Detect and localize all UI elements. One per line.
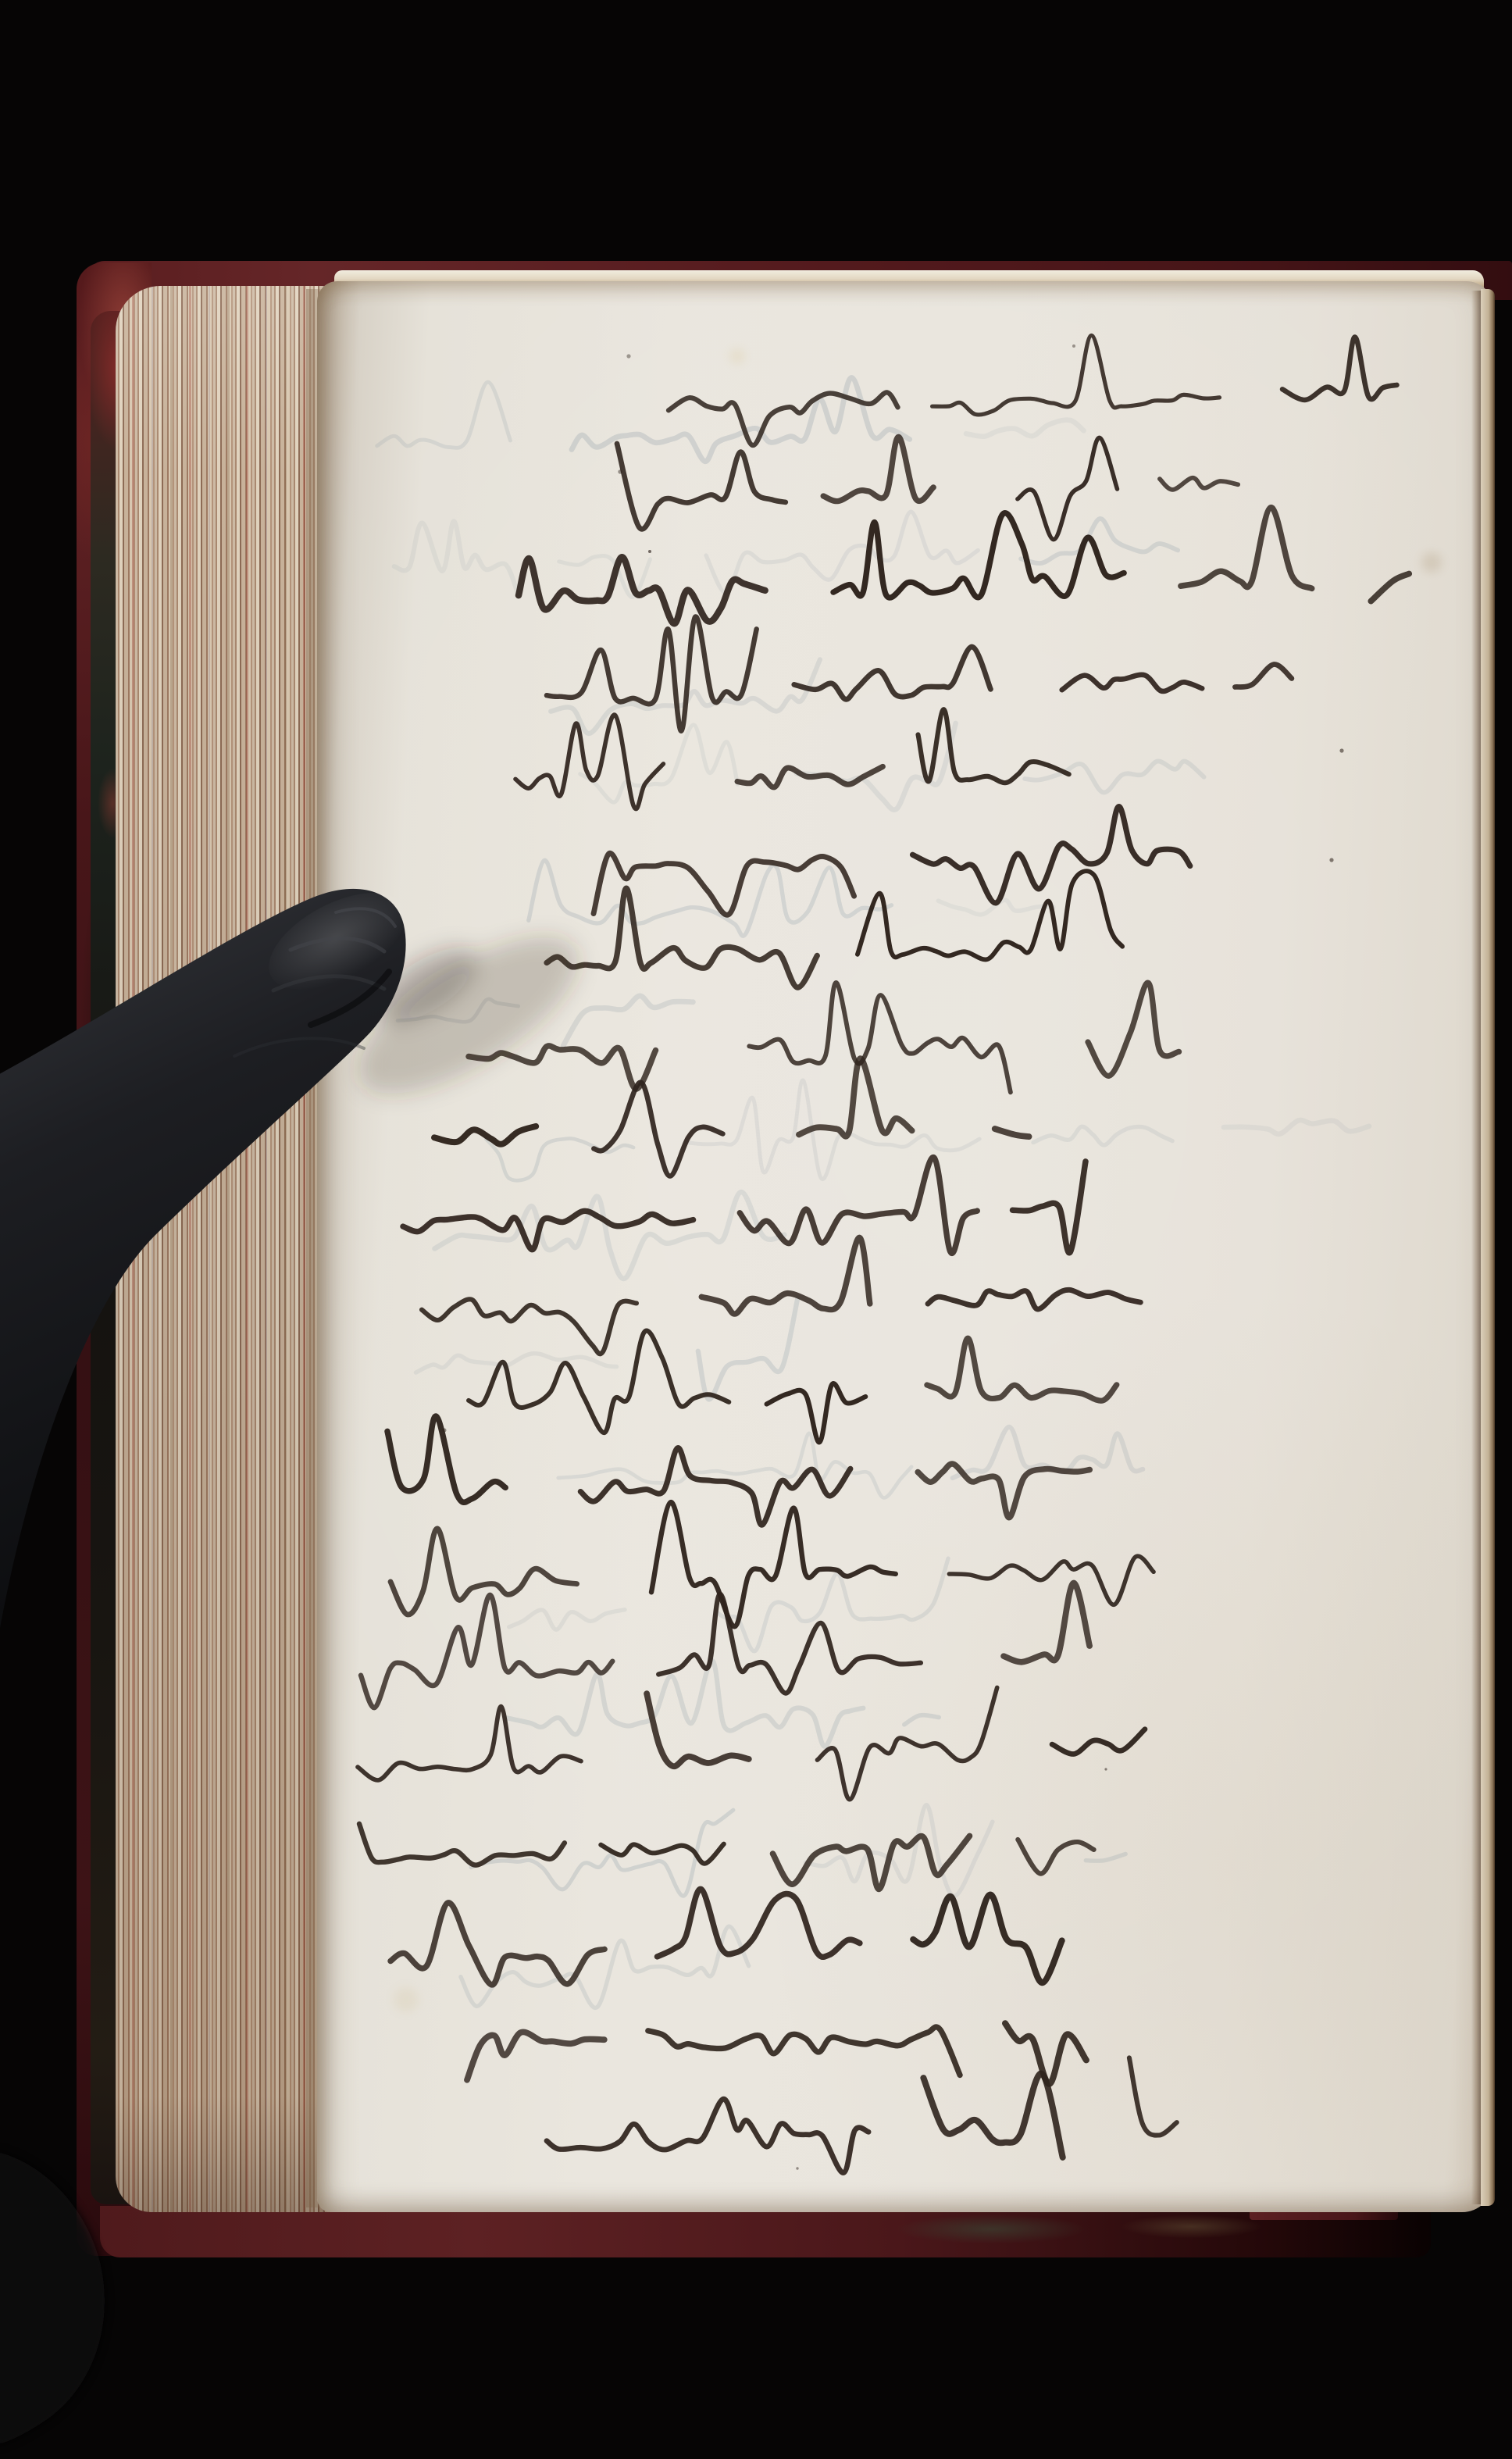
- handwriting-stroke: [923, 2074, 1062, 2157]
- gloved-thumb-shadow-shape: [0, 2151, 105, 2445]
- handwriting-stroke: [698, 1299, 797, 1399]
- handwriting-lines: [358, 335, 1409, 2172]
- handwriting-stroke: [858, 871, 1122, 959]
- handwriting-stroke: [359, 1824, 565, 1865]
- ink-speck: [1339, 748, 1343, 752]
- handwriting-stroke: [422, 1299, 637, 1354]
- handwriting-stroke: [387, 1416, 505, 1502]
- gloved-finger: [0, 873, 421, 1654]
- handwriting-stroke: [1088, 983, 1179, 1076]
- handwriting-stroke: [928, 1290, 1140, 1309]
- handwriting-stroke: [794, 647, 991, 699]
- handwriting-stroke: [519, 557, 765, 623]
- handwriting-stroke: [651, 1502, 896, 1626]
- handwriting-stroke: [933, 335, 1220, 414]
- handwriting-stroke: [1181, 508, 1312, 589]
- handwriting-stroke: [823, 437, 933, 501]
- handwriting-stroke: [467, 2032, 604, 2079]
- handwriting-stroke: [1224, 1120, 1369, 1134]
- handwriting-stroke: [1235, 665, 1292, 687]
- handwriting-stroke: [1018, 437, 1118, 539]
- handwriting-stroke: [580, 725, 738, 802]
- handwriting-stroke: [594, 1083, 722, 1176]
- photo-background: { "meta": { "description": "Photograph o…: [0, 0, 1512, 2459]
- handwriting-stroke: [358, 1707, 581, 1780]
- handwriting-stroke: [737, 766, 883, 787]
- handwriting-stroke: [509, 1610, 625, 1630]
- handwriting-stroke: [767, 1383, 866, 1442]
- ink-speck: [796, 2167, 798, 2169]
- handwriting-stroke: [435, 1192, 785, 1279]
- handwriting-stroke: [434, 1126, 536, 1144]
- handwriting-stroke: [547, 2099, 868, 2172]
- ink-speck: [1072, 344, 1075, 348]
- ink-speck: [1329, 858, 1333, 862]
- handwriting-stroke: [1033, 1126, 1172, 1145]
- diary-photo: Photograph of an antique diary held open…: [0, 0, 1512, 2459]
- handwriting-stroke: [749, 983, 1011, 1092]
- handwriting-stroke: [706, 512, 978, 593]
- handwriting-stroke: [461, 1926, 749, 2008]
- paper-stain: [394, 1987, 419, 2012]
- handwriting-stroke: [927, 1338, 1117, 1401]
- handwriting-stroke: [913, 807, 1190, 903]
- ink-speck: [626, 354, 630, 358]
- handwriting-stroke: [580, 1448, 850, 1526]
- ink-speck: [1104, 1768, 1107, 1770]
- bleedthrough-strokes: [377, 377, 1369, 2008]
- handwriting-stroke: [469, 1331, 729, 1433]
- ink-speck: [648, 550, 651, 553]
- handwriting-stroke: [394, 521, 518, 593]
- handwriting-stroke: [833, 513, 1124, 598]
- handwriting-stroke: [1013, 1162, 1086, 1253]
- handwriting-stroke: [805, 1805, 993, 1896]
- handwriting-stroke: [658, 1594, 921, 1693]
- paper-stain: [1421, 552, 1442, 573]
- handwriting-stroke: [949, 1556, 1154, 1604]
- handwriting-stroke: [515, 715, 663, 808]
- handwriting-stroke: [701, 1237, 870, 1314]
- handwriting-stroke: [918, 1464, 1089, 1518]
- handwriting-stroke: [1062, 675, 1203, 691]
- handwriting-stroke: [390, 1529, 577, 1615]
- handwriting-stroke: [966, 420, 1084, 437]
- handwriting-stroke: [1129, 2057, 1177, 2135]
- handwriting-stroke: [1160, 478, 1238, 490]
- handwriting-stroke: [377, 382, 511, 448]
- handwriting-stroke: [904, 1715, 939, 1725]
- ink-specks: [443, 344, 1344, 2170]
- handwriting-stroke: [1018, 1840, 1093, 1874]
- paper-stain: [729, 348, 745, 364]
- ink-speck: [618, 469, 622, 473]
- handwriting-stroke: [1282, 337, 1397, 400]
- ink-speck: [443, 1429, 447, 1433]
- handwriting-stroke: [799, 1058, 912, 1137]
- handwriting-stroke: [818, 1688, 997, 1800]
- handwriting-stroke: [547, 888, 817, 987]
- handwriting-stroke: [648, 2027, 960, 2075]
- handwriting-stroke: [415, 1354, 616, 1372]
- handwriting-stroke: [1086, 1854, 1125, 1861]
- handwriting-stroke: [1371, 574, 1409, 601]
- handwriting-stroke: [913, 1895, 1062, 1983]
- handwriting-stroke: [563, 996, 693, 1046]
- handwriting-stroke: [1004, 1583, 1089, 1662]
- handwriting-stroke: [995, 1129, 1029, 1137]
- handwriting-stroke: [658, 1889, 860, 1957]
- overlay-art: [0, 0, 1512, 2459]
- handwriting-stroke: [1052, 1729, 1145, 1754]
